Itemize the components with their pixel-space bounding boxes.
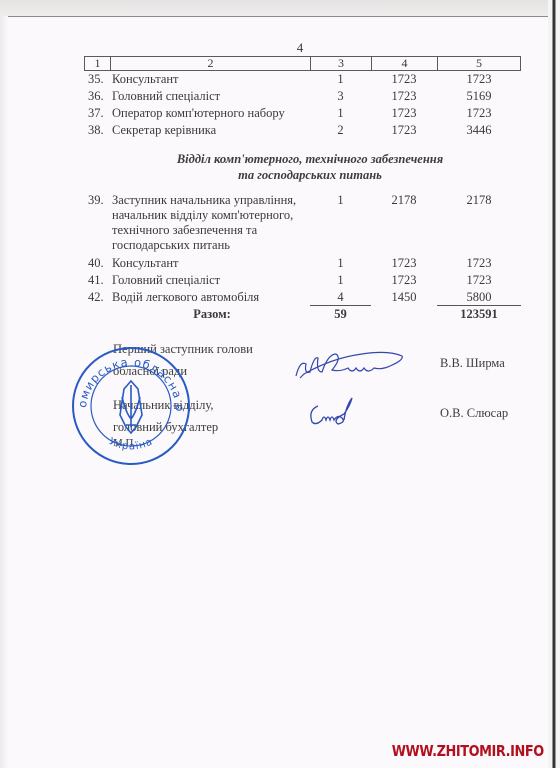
row-rate: 1723 [371, 273, 437, 288]
row-title-line: Заступник начальника управління, [112, 193, 312, 208]
row-qty: 1 [310, 273, 371, 288]
row-rate: 1450 [371, 290, 437, 305]
row-rate: 1723 [371, 256, 437, 271]
row-rate: 1723 [371, 72, 437, 87]
row-rate: 1723 [371, 123, 437, 138]
row-number: 40. [88, 256, 104, 271]
total-qty: 59 [310, 307, 371, 322]
section-heading: Відділ комп'ютерного, технічного забезпе… [150, 151, 470, 183]
header-col-4: 4 [372, 57, 438, 70]
row-rate: 1723 [371, 106, 437, 121]
scan-top-edge [0, 0, 548, 17]
row-title: Консультант [112, 72, 312, 87]
row-number: 42. [88, 290, 104, 305]
total-sum-rule [437, 305, 521, 306]
row-title: Головний спеціаліст [112, 273, 312, 288]
signatory-1-name: В.В. Ширма [440, 352, 505, 374]
row-sum: 1723 [437, 256, 521, 271]
stamp-text: Житомирська обласна рада [70, 345, 187, 413]
row-number: 35. [88, 72, 104, 87]
scan-right-edge [548, 0, 560, 768]
row-title: Оператор комп'ютерного набору [112, 106, 312, 121]
scan-left-shadow [0, 16, 8, 768]
official-stamp-icon: Житомирська обласна рада Україна [70, 345, 192, 467]
row-title: Секретар керівника [112, 123, 312, 138]
table-row: 39. Заступник начальника управління, нач… [84, 193, 521, 257]
row-number: 38. [88, 123, 104, 138]
signatory-2-name: О.В. Слюсар [440, 402, 508, 424]
total-sum: 123591 [437, 307, 521, 322]
row-qty: 1 [310, 72, 371, 87]
qty-sum-rule [310, 305, 371, 306]
row-qty: 4 [310, 290, 371, 305]
header-col-3: 3 [311, 57, 372, 70]
row-title: Заступник начальника управління, начальн… [112, 193, 312, 253]
signature-1-icon [292, 350, 412, 382]
row-sum: 5169 [437, 89, 521, 104]
row-title: Водій легкового автомобіля [112, 290, 312, 305]
row-number: 39. [88, 193, 104, 208]
row-sum: 1723 [437, 72, 521, 87]
row-sum: 5800 [437, 290, 521, 305]
row-sum: 1723 [437, 106, 521, 121]
row-title: Головний спеціаліст [112, 89, 312, 104]
row-title: Консультант [112, 256, 312, 271]
row-number: 36. [88, 89, 104, 104]
row-sum: 1723 [437, 273, 521, 288]
signature-2-icon [306, 396, 358, 430]
row-rate: 1723 [371, 89, 437, 104]
row-title-line: технічного забезпечення та [112, 223, 312, 238]
row-number: 41. [88, 273, 104, 288]
page-number: 4 [0, 40, 560, 56]
row-rate: 2178 [371, 193, 437, 208]
row-qty: 3 [310, 89, 371, 104]
row-qty: 2 [310, 123, 371, 138]
row-title-line: начальник відділу комп'ютерного, [112, 208, 312, 223]
row-qty: 1 [310, 256, 371, 271]
row-number: 37. [88, 106, 104, 121]
site-watermark: WWW.ZHITOMIR.INFO [392, 742, 544, 760]
stamp-bottom-text: Україна [107, 436, 155, 452]
section-heading-line-1: Відділ комп'ютерного, технічного забезпе… [150, 151, 470, 167]
row-title-line: господарських питань [112, 238, 312, 253]
header-col-1: 1 [85, 57, 111, 70]
table-header-row: 1 2 3 4 5 [84, 56, 521, 71]
row-sum: 3446 [437, 123, 521, 138]
header-col-5: 5 [438, 57, 520, 70]
total-label: Разом: [84, 307, 310, 322]
row-qty: 1 [310, 106, 371, 121]
header-col-2: 2 [111, 57, 311, 70]
row-qty: 1 [310, 193, 371, 208]
section-heading-line-2: та господарських питань [150, 167, 470, 183]
svg-text:Україна: Україна [107, 436, 155, 452]
row-sum: 2178 [437, 193, 521, 208]
svg-text:Житомирська обласна рада: Житомирська обласна рада [70, 345, 187, 413]
